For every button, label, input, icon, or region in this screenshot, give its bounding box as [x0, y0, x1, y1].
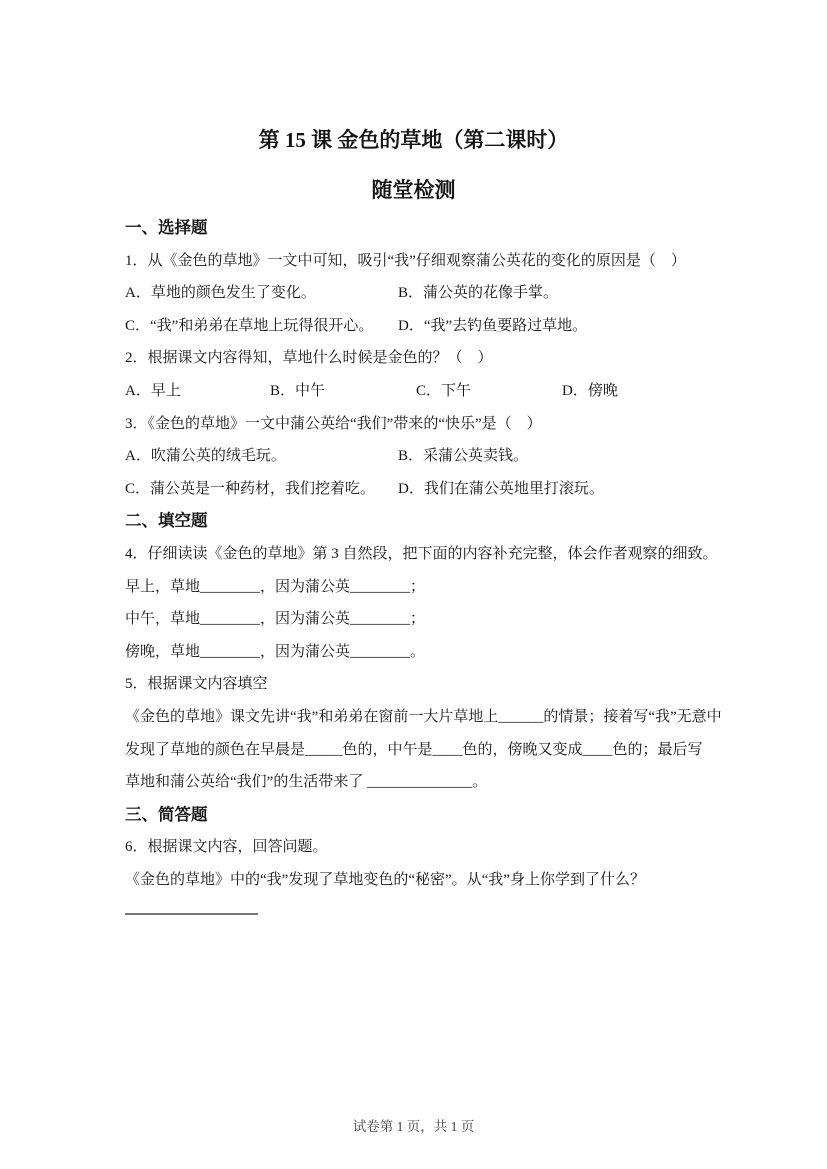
question-2-option-d: D．傍晚: [562, 375, 727, 408]
document-page: 第 15 课 金色的草地（第二课时） 随堂检测 一、选择题 1．从《金色的草地》…: [0, 0, 827, 1169]
question-3-option-c: C．蒲公英是一种药材，我们挖着吃。: [125, 473, 398, 506]
question-5-body-line-3: 草地和蒲公英给“我们”的生活带来了 ______________。: [125, 766, 727, 799]
question-1-option-d: D．“我”去钓鱼要路过草地。: [398, 310, 727, 343]
question-1-options-row-2: C．“我”和弟弟在草地上玩得很开心。 D．“我”去钓鱼要路过草地。: [125, 310, 727, 343]
question-5-text: 5．根据课文内容填空: [125, 668, 727, 701]
question-6-text: 6．根据课文内容，回答问题。: [125, 831, 727, 864]
question-3-text: 3．《金色的草地》一文中蒲公英给“我们”带来的“快乐”是（ ）: [125, 408, 727, 441]
question-3-options-row-2: C．蒲公英是一种药材，我们挖着吃。 D．我们在蒲公英地里打滚玩。: [125, 473, 727, 506]
question-1-option-c: C．“我”和弟弟在草地上玩得很开心。: [125, 310, 398, 343]
document-body: 一、选择题 1．从《金色的草地》一文中可知，吸引“我”仔细观察蒲公英花的变化的原…: [125, 212, 727, 915]
question-4-text: 4．仔细读读《金色的草地》第 3 自然段，把下面的内容补充完整，体会作者观察的细…: [125, 538, 727, 571]
question-1-option-a: A．草地的颜色发生了变化。: [125, 277, 398, 310]
section-heading-choice: 一、选择题: [125, 212, 727, 245]
question-2-options-row: A．早上 B．中午 C．下午 D．傍晚: [125, 375, 727, 408]
section-heading-short-answer: 三、简答题: [125, 799, 727, 832]
answer-blank-line: [125, 913, 258, 915]
question-4-blank-line-evening: 傍晚，草地________，因为蒲公英________。: [125, 636, 727, 669]
question-1-options-row-1: A．草地的颜色发生了变化。 B．蒲公英的花像手掌。: [125, 277, 727, 310]
question-2-text: 2．根据课文内容得知，草地什么时候是金色的？（ ）: [125, 342, 727, 375]
question-1-option-b: B．蒲公英的花像手掌。: [398, 277, 727, 310]
question-2-option-a: A．早上: [125, 375, 270, 408]
question-2-option-c: C．下午: [416, 375, 562, 408]
question-5-body-line-1: 《金色的草地》课文先讲“我”和弟弟在窗前一大片草地上______的情景；接着写“…: [125, 701, 727, 734]
question-3-option-b: B．采蒲公英卖钱。: [398, 440, 727, 473]
question-1-text: 1．从《金色的草地》一文中可知，吸引“我”仔细观察蒲公英花的变化的原因是（ ）: [125, 245, 727, 278]
question-5-body-line-2: 发现了草地的颜色在早晨是_____色的，中午是____色的，傍晚又变成____色…: [125, 734, 727, 767]
question-2-option-b: B．中午: [270, 375, 416, 408]
question-3-options-row-1: A．吹蒲公英的绒毛玩。 B．采蒲公英卖钱。: [125, 440, 727, 473]
page-footer: 试卷第 1 页，共 1 页: [0, 1115, 827, 1135]
section-heading-fill-blank: 二、填空题: [125, 505, 727, 538]
question-3-option-d: D．我们在蒲公英地里打滚玩。: [398, 473, 727, 506]
question-4-blank-line-noon: 中午，草地________，因为蒲公英________；: [125, 603, 727, 636]
question-4-blank-line-morning: 早上，草地________，因为蒲公英________；: [125, 571, 727, 604]
question-3-option-a: A．吹蒲公英的绒毛玩。: [125, 440, 398, 473]
question-6-body: 《金色的草地》中的“我”发现了草地变色的“秘密”。从“我”身上你学到了什么？: [125, 864, 727, 897]
page-subtitle: 随堂检测: [0, 173, 827, 207]
page-title: 第 15 课 金色的草地（第二课时）: [0, 123, 827, 157]
